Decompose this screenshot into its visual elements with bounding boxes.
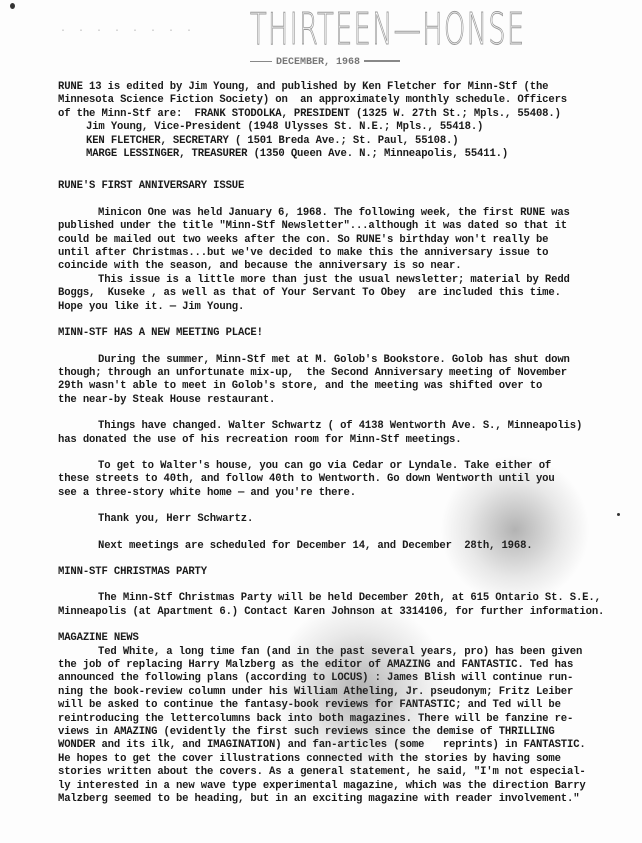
scan-speck	[10, 3, 15, 9]
masthead-residue: · · · · · · · ·	[60, 26, 195, 37]
scan-smudge	[270, 600, 450, 780]
officer-vice-president: Jim Young, Vice-President (1948 Ulysses …	[58, 121, 628, 134]
masthead: · · · · · · · · THIRTEEN—HONSE DECEMBER,…	[0, 0, 642, 75]
intro-line: Minnesota Science Fiction Society) on an…	[58, 94, 628, 107]
newsletter-title: THIRTEEN—HONSE	[250, 4, 455, 55]
section-anniversary: RUNE'S FIRST ANNIVERSARY ISSUE Minicon O…	[58, 180, 628, 314]
dateline-rule-right	[364, 60, 400, 62]
section-heading: MINN-STF HAS A NEW MEETING PLACE!	[58, 327, 628, 340]
intro-block: RUNE 13 is edited by Jim Young, and publ…	[58, 81, 628, 161]
section-heading: RUNE'S FIRST ANNIVERSARY ISSUE	[58, 180, 628, 193]
dateline-rule-left	[250, 61, 272, 62]
intro-line: of the Minn-Stf are: FRANK STODOLKA, PRE…	[58, 108, 628, 121]
section-paragraph: During the summer, Minn-Stf met at M. Go…	[58, 354, 628, 408]
section-paragraph: Minicon One was held January 6, 1968. Th…	[58, 207, 628, 274]
section-paragraph: Things have changed. Walter Schwartz ( o…	[58, 420, 628, 447]
officer-treasurer: MARGE LESSINGER, TREASURER (1350 Queen A…	[58, 148, 628, 161]
officer-secretary: KEN FLETCHER, SECRETARY ( 1501 Breda Ave…	[58, 135, 628, 148]
issue-date: DECEMBER, 1968	[276, 57, 360, 68]
section-paragraph: This issue is a little more than just th…	[58, 274, 628, 314]
scan-smudge	[440, 455, 590, 605]
dateline: DECEMBER, 1968	[246, 57, 404, 68]
intro-line: RUNE 13 is edited by Jim Young, and publ…	[58, 81, 628, 94]
scan-speck	[617, 513, 620, 516]
